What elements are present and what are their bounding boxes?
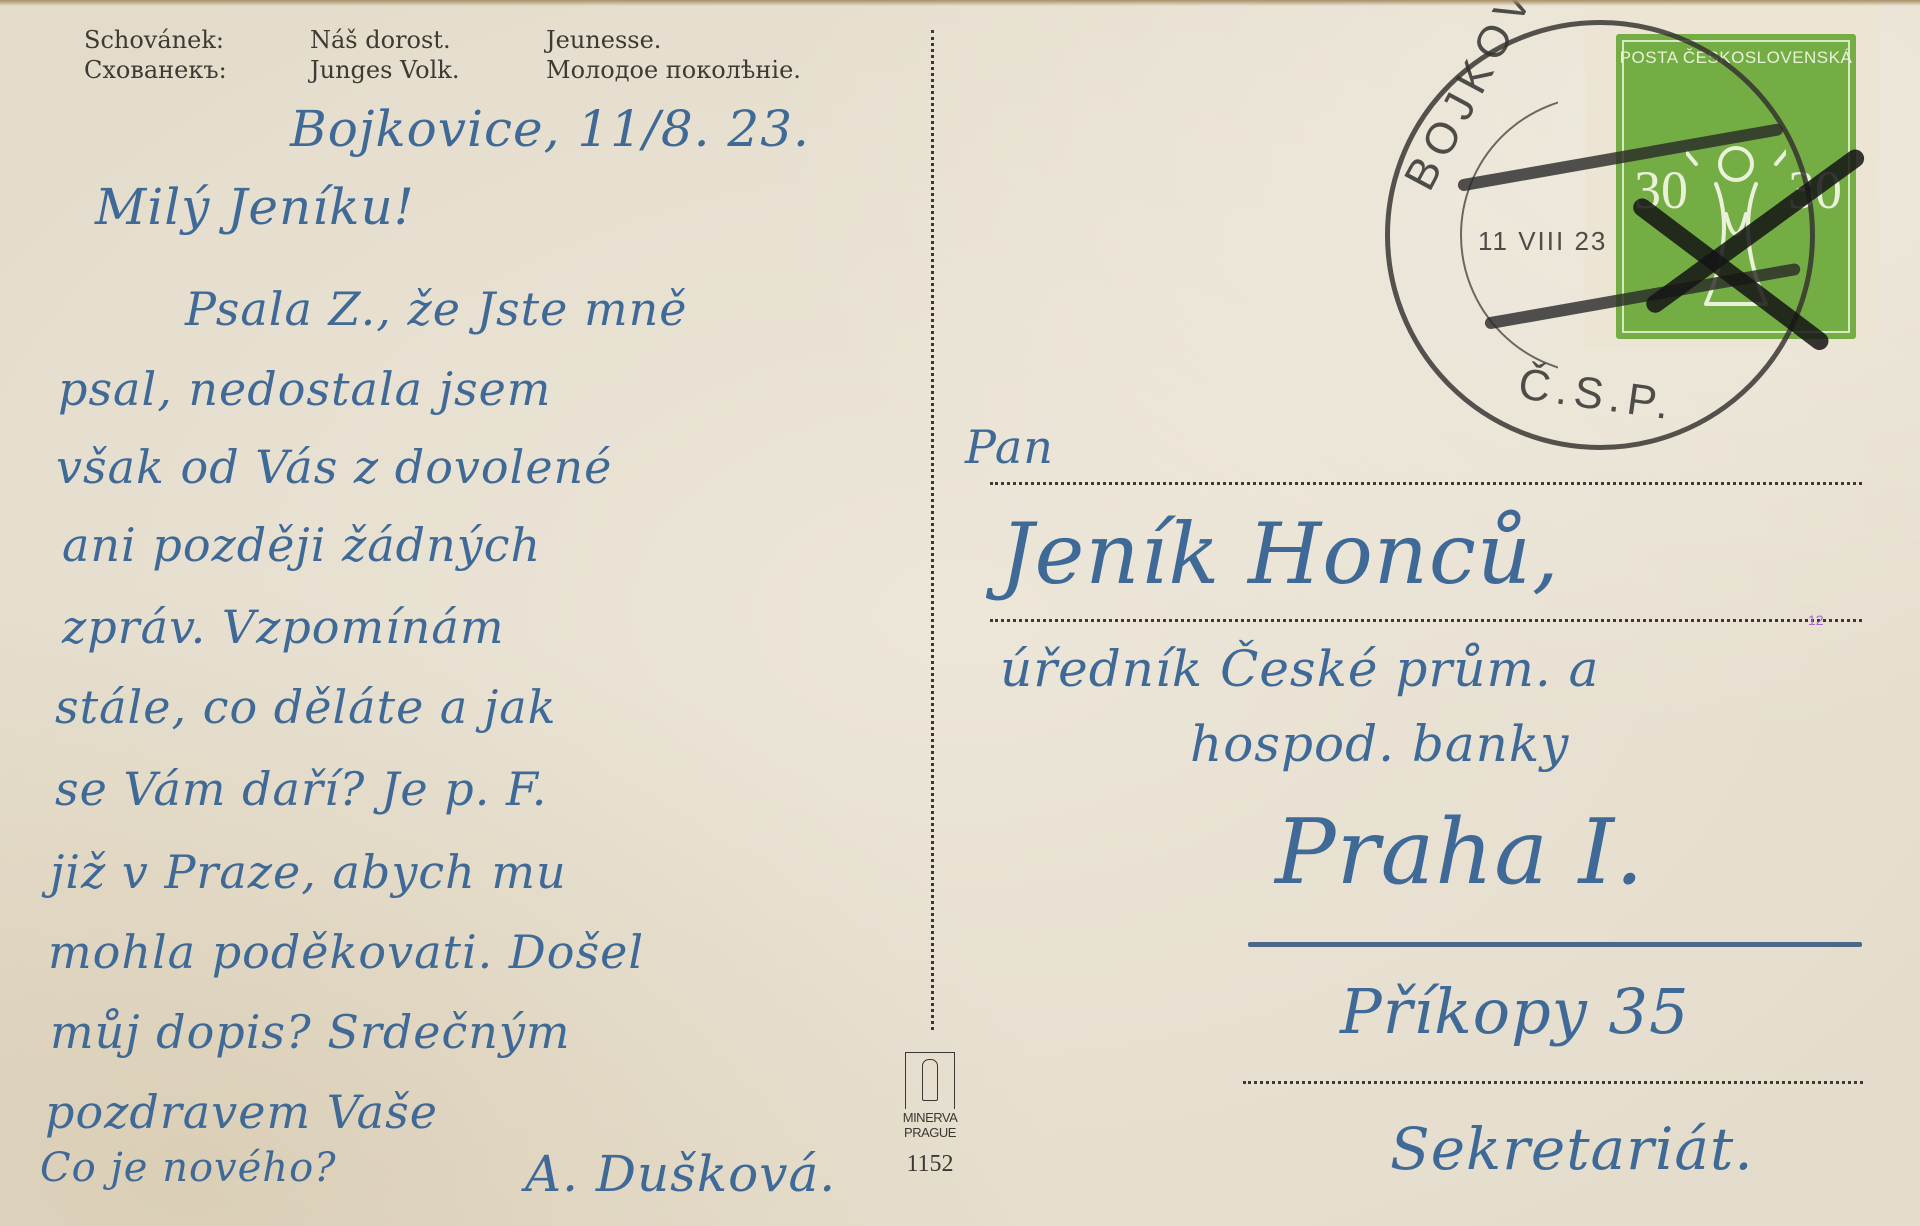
header-title-de: Junges Volk. [310,55,546,85]
place-date: Bojkovice, 11/8. 23. [290,100,810,158]
recipient-street: Příkopy 35 [1340,975,1689,1048]
header-title-cz: Náš dorost. [310,25,546,55]
publisher-logo: MINERVA PRAGUE 1152 [898,1052,962,1178]
recipient-line-2: hospod. banky [1190,715,1569,773]
recipient-name: Jeník Honců, [1000,505,1560,603]
message-line: se Vám daří? Je p. F. [55,762,547,816]
message-line: Co je nového? [40,1145,337,1191]
message-line: zpráv. Vzpomínám [62,600,504,654]
message-line: však od Vás z dovolené [56,440,612,494]
header-label-ru: Схованекъ: [84,55,310,85]
message-line: ani později žádných [62,518,541,572]
pencil-mark: 12 [1808,612,1824,628]
address-line-4 [1243,1081,1863,1084]
center-divider [931,30,934,1030]
publisher-name-line1: MINERVA [898,1111,962,1124]
message-line: můj dopis? Srdečným [50,1005,571,1059]
card-number: 1152 [898,1151,962,1178]
address-underline [1248,942,1862,947]
message-line: stále, co děláte a jak [55,680,557,734]
message-line: pozdravem Vaše [45,1085,438,1139]
salutation: Milý Jeníku! [95,178,415,236]
message-line: mohla poděkovati. Došel [48,925,644,979]
postmark-date: 11 VIII 23 [1478,226,1607,257]
message-line: psal, nedostala jsem [58,362,551,416]
recipient-department: Sekretariát. [1390,1115,1754,1183]
publisher-name-line2: PRAGUE [898,1126,962,1139]
address-line-1 [990,482,1862,485]
address-line-2 [990,619,1862,622]
message-line: již v Praze, abych mu [50,845,567,899]
header-title-ru: Молодое поколѣніе. [546,55,801,85]
address-salutation: Pan [965,420,1054,474]
recipient-line-1: úředník České prům. a [1000,640,1600,698]
recipient-city: Praha I. [1275,800,1645,905]
printed-header: Schovánek:Náš dorost.Jeunesse. Схованекъ… [84,25,801,85]
message-line: Psala Z., že Jste mně [185,282,687,336]
postcard-back: Schovánek:Náš dorost.Jeunesse. Схованекъ… [0,0,1920,1226]
signature: A. Dušková. [525,1145,836,1203]
header-title-fr: Jeunesse. [546,25,661,55]
minerva-emblem-icon [905,1052,955,1109]
header-label-cz: Schovánek: [84,25,310,55]
